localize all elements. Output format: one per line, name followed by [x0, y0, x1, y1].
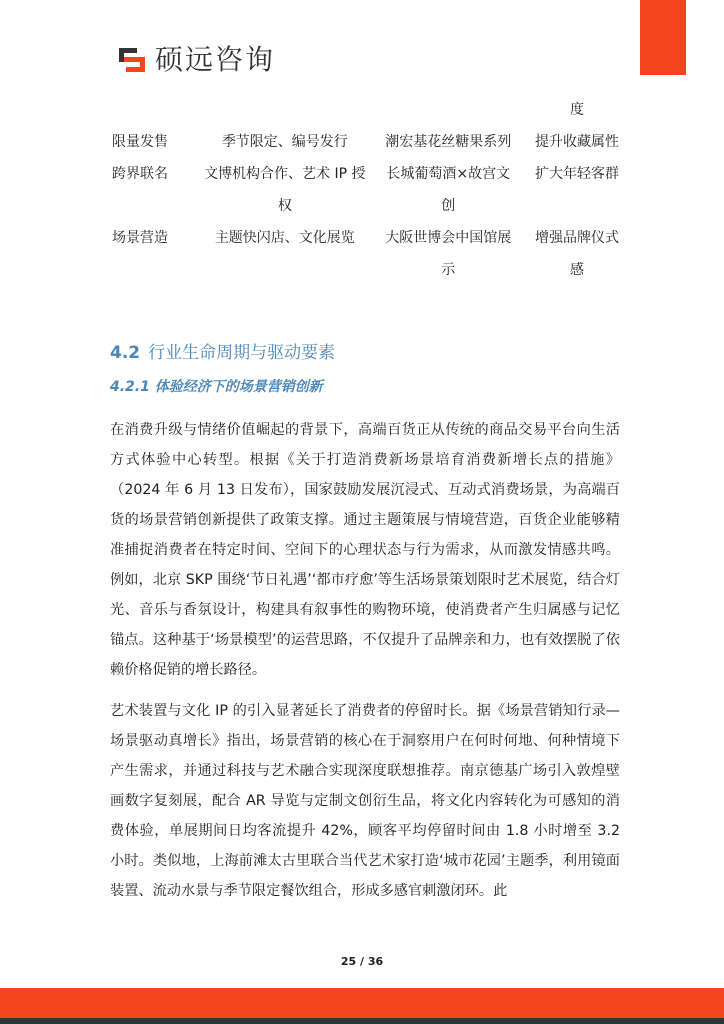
table-cell: 文博机构合作、艺术 IP 授	[203, 158, 366, 190]
table-cell: 大阪世博会中国馆展	[367, 222, 530, 254]
table-cell: 提升收藏属性	[530, 126, 624, 158]
table-row: 跨界联名 文博机构合作、艺术 IP 授 长城葡萄酒×故宫文 扩大年轻客群	[112, 158, 624, 190]
table-cell: 限量发售	[112, 126, 203, 158]
company-logo: 硕远咨询	[117, 44, 275, 76]
table-cell: 主题快闪店、文化展览	[203, 222, 366, 254]
section-heading: 4.2行业生命周期与驱动要素	[110, 338, 335, 363]
subsection-heading: 4.2.1 体验经济下的场景营销创新	[110, 376, 323, 396]
table-row: 限量发售 季节限定、编号发行 潮宏基花丝糖果系列 提升收藏属性	[112, 126, 624, 158]
table-cell: 增强品牌仪式	[530, 222, 624, 254]
table-cell: 跨界联名	[112, 158, 203, 190]
section-number: 4.2	[110, 343, 140, 363]
body-paragraph: 艺术装置与文化 IP 的引入显著延长了消费者的停留时长。据《场景营销知行录—场景…	[110, 696, 620, 906]
table-cell: 感	[530, 254, 624, 286]
table-cell: 示	[367, 254, 530, 286]
table-cell: 场景营造	[112, 222, 203, 254]
footer-accent-bar	[0, 988, 724, 1018]
marketing-strategy-table: 度 限量发售 季节限定、编号发行 潮宏基花丝糖果系列 提升收藏属性 跨界联名 文…	[112, 94, 624, 286]
table-cell: 潮宏基花丝糖果系列	[367, 126, 530, 158]
table-cell: 长城葡萄酒×故宫文	[367, 158, 530, 190]
table-row-wrap: 权 创	[112, 190, 624, 222]
table-row-wrap: 示 感	[112, 254, 624, 286]
table-cell: 创	[367, 190, 530, 222]
footer-dark-strip	[0, 1018, 724, 1024]
logo-text: 硕远咨询	[155, 44, 275, 76]
corner-accent-block	[640, 0, 686, 75]
table-cell: 季节限定、编号发行	[203, 126, 366, 158]
table-row: 场景营造 主题快闪店、文化展览 大阪世博会中国馆展 增强品牌仪式	[112, 222, 624, 254]
page-number: 25 / 36	[0, 955, 724, 968]
table-cell: 权	[203, 190, 366, 222]
body-paragraph: 在消费升级与情绪价值崛起的背景下，高端百货正从传统的商品交易平台向生活方式体验中…	[110, 415, 620, 685]
logo-mark-icon	[117, 46, 147, 74]
table-row-continuation: 度	[112, 94, 624, 126]
table-cell: 扩大年轻客群	[530, 158, 624, 190]
section-title: 行业生命周期与驱动要素	[148, 343, 335, 363]
table-cell: 度	[530, 94, 624, 126]
